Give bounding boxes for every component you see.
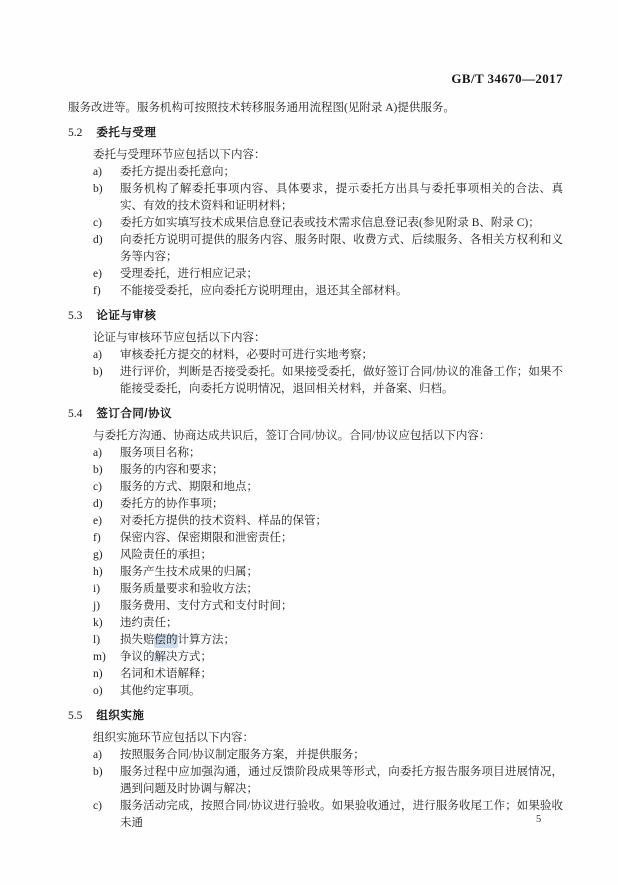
list-item: a)审核委托方提交的材料，必要时可进行实地考察； [93, 347, 563, 364]
list-item-text: 审核委托方提交的材料，必要时可进行实地考察； [120, 347, 563, 364]
list-item-text: 对委托方提供的技术资料、样品的保管； [120, 513, 563, 530]
list-item: c)服务活动完成，按照合同/协议进行验收。如果验收通过，进行服务收尾工作；如果验… [93, 798, 563, 832]
list-item-label: a) [93, 347, 120, 364]
section-5-2: 5.2委托与受理 委托与受理环节应包括以下内容： a)委托方提出委托意向； b)… [68, 125, 563, 300]
list-item-text: 服务的方式、期限和地点； [120, 479, 563, 496]
list-item-text: 委托方如实填写技术成果信息登记表或技术需求信息登记表(参见附录 B、附录 C)； [120, 215, 563, 232]
list-item-text: 其他约定事项。 [120, 683, 563, 700]
list-item-text: 服务的内容和要求； [120, 462, 563, 479]
list-item-label: i) [93, 581, 120, 598]
section-lead: 与委托方沟通、协商达成共识后，签订合同/协议。合同/协议应包括以下内容： [93, 428, 563, 445]
list-item-label: o) [93, 683, 120, 700]
list-item: o)其他约定事项。 [93, 683, 563, 700]
list-item-text: 服务机构了解委托事项内容、具体要求，提示委托方出具与委托事项相关的合法、真实、有… [120, 181, 563, 215]
list-item: f)不能接受委托，应向委托方说明理由，退还其全部材料。 [93, 283, 563, 300]
section-title: 论证与审核 [96, 310, 156, 322]
list-item-text: 向委托方说明可提供的服务内容、服务时限、收费方式、后续服务、各相关方权利和义务等… [120, 232, 563, 266]
list-item: d)委托方的协作事项； [93, 496, 563, 513]
list-item-text: 名词和术语解释； [120, 666, 563, 683]
page-number: 5 [536, 813, 541, 827]
list-item-label: m) [93, 649, 120, 666]
list-item-label: a) [93, 747, 120, 764]
list-item-text: 违约责任； [120, 615, 563, 632]
list-item-label: d) [93, 496, 120, 513]
list-item-label: k) [93, 615, 120, 632]
list-item: b)服务的内容和要求； [93, 462, 563, 479]
list-item: e)对委托方提供的技术资料、样品的保管； [93, 513, 563, 530]
section-number: 5.4 [68, 408, 82, 420]
list-item-text: 服务活动完成，按照合同/协议进行验收。如果验收通过，进行服务收尾工作；如果验收未… [120, 798, 563, 832]
list-item-label: d) [93, 232, 120, 266]
section-number: 5.5 [68, 710, 82, 722]
section-heading: 5.4签订合同/协议 [68, 406, 563, 423]
section-number: 5.2 [68, 127, 82, 139]
section-list: a)委托方提出委托意向； b)服务机构了解委托事项内容、具体要求，提示委托方出具… [93, 164, 563, 300]
section-list: a)按照服务合同/协议制定服务方案，并提供服务； b)服务过程中应加强沟通，通过… [93, 747, 563, 832]
list-item: a)委托方提出委托意向； [93, 164, 563, 181]
list-item: f)保密内容、保密期限和泄密责任； [93, 530, 563, 547]
list-item-label: f) [93, 283, 120, 300]
section-lead: 组织实施环节应包括以下内容： [93, 730, 563, 747]
list-item-text: 服务项目名称； [120, 445, 563, 462]
list-item-text: 服务过程中应加强沟通，通过反馈阶段成果等形式，向委托方报告服务项目进展情况，遇到… [120, 764, 563, 798]
list-item-text: 服务质量要求和验收方法； [120, 581, 563, 598]
list-item: b)服务机构了解委托事项内容、具体要求，提示委托方出具与委托事项相关的合法、真实… [93, 181, 563, 215]
list-item-label: h) [93, 564, 120, 581]
list-item-text: 进行评价，判断是否接受委托。如果接受委托，做好签订合同/协议的准备工作；如果不能… [120, 364, 563, 398]
section-lead: 论证与审核环节应包括以下内容： [93, 330, 563, 347]
list-item-text: 委托方提出委托意向； [120, 164, 563, 181]
list-item-label: j) [93, 598, 120, 615]
list-item-text: 委托方的协作事项； [120, 496, 563, 513]
list-item-text: 损失赔偿的计算方法； [120, 632, 563, 649]
list-item-label: l) [93, 632, 120, 649]
section-5-4: 5.4签订合同/协议 与委托方沟通、协商达成共识后，签订合同/协议。合同/协议应… [68, 406, 563, 700]
section-heading: 5.2委托与受理 [68, 125, 563, 142]
section-title: 签订合同/协议 [96, 408, 172, 420]
list-item-label: c) [93, 798, 120, 832]
section-lead: 委托与受理环节应包括以下内容： [93, 147, 563, 164]
section-5-5: 5.5组织实施 组织实施环节应包括以下内容： a)按照服务合同/协议制定服务方案… [68, 708, 563, 832]
standard-number-header: GB/T 34670—2017 [68, 70, 563, 88]
list-item-label: n) [93, 666, 120, 683]
section-title: 委托与受理 [96, 127, 156, 139]
list-item: a)按照服务合同/协议制定服务方案，并提供服务； [93, 747, 563, 764]
list-item-text: 受理委托，进行相应记录； [120, 266, 563, 283]
list-item: b)进行评价，判断是否接受委托。如果接受委托，做好签订合同/协议的准备工作；如果… [93, 364, 563, 398]
list-item-label: e) [93, 513, 120, 530]
list-item-text: 争议的解决方式； [120, 649, 563, 666]
list-item: j)服务费用、支付方式和支付时间； [93, 598, 563, 615]
section-list: a)服务项目名称； b)服务的内容和要求； c)服务的方式、期限和地点； d)委… [93, 445, 563, 700]
list-item: e)受理委托，进行相应记录； [93, 266, 563, 283]
intro-paragraph: 服务改进等。服务机构可按照技术转移服务通用流程图(见附录 A)提供服务。 [68, 100, 563, 117]
list-item: a)服务项目名称； [93, 445, 563, 462]
section-number: 5.3 [68, 310, 82, 322]
list-item-label: c) [93, 479, 120, 496]
document-page: GB/T 34670—2017 服务改进等。服务机构可按照技术转移服务通用流程图… [0, 0, 618, 885]
list-item: c)委托方如实填写技术成果信息登记表或技术需求信息登记表(参见附录 B、附录 C… [93, 215, 563, 232]
list-item-label: c) [93, 215, 120, 232]
list-item: b)服务过程中应加强沟通，通过反馈阶段成果等形式，向委托方报告服务项目进展情况，… [93, 764, 563, 798]
list-item: c)服务的方式、期限和地点； [93, 479, 563, 496]
list-item-label: e) [93, 266, 120, 283]
list-item: l)损失赔偿的计算方法； [93, 632, 563, 649]
list-item: m)争议的解决方式； [93, 649, 563, 666]
list-item: g)风险责任的承担； [93, 547, 563, 564]
list-item-label: b) [93, 364, 120, 398]
list-item-text: 风险责任的承担； [120, 547, 563, 564]
list-item-text: 不能接受委托，应向委托方说明理由，退还其全部材料。 [120, 283, 563, 300]
section-heading: 5.5组织实施 [68, 708, 563, 725]
section-heading: 5.3论证与审核 [68, 308, 563, 325]
list-item-label: f) [93, 530, 120, 547]
section-5-3: 5.3论证与审核 论证与审核环节应包括以下内容： a)审核委托方提交的材料，必要… [68, 308, 563, 398]
page-content: GB/T 34670—2017 服务改进等。服务机构可按照技术转移服务通用流程图… [0, 0, 618, 832]
section-list: a)审核委托方提交的材料，必要时可进行实地考察； b)进行评价，判断是否接受委托… [93, 347, 563, 398]
section-title: 组织实施 [96, 710, 144, 722]
list-item-label: a) [93, 445, 120, 462]
list-item-label: b) [93, 181, 120, 215]
list-item-label: b) [93, 462, 120, 479]
list-item: k)违约责任； [93, 615, 563, 632]
list-item: h)服务产生技术成果的归属； [93, 564, 563, 581]
list-item-text: 服务费用、支付方式和支付时间； [120, 598, 563, 615]
list-item-label: g) [93, 547, 120, 564]
list-item: d)向委托方说明可提供的服务内容、服务时限、收费方式、后续服务、各相关方权利和义… [93, 232, 563, 266]
list-item: n)名词和术语解释； [93, 666, 563, 683]
list-item-text: 按照服务合同/协议制定服务方案，并提供服务； [120, 747, 563, 764]
list-item-text: 保密内容、保密期限和泄密责任； [120, 530, 563, 547]
list-item-label: b) [93, 764, 120, 798]
list-item-text: 服务产生技术成果的归属； [120, 564, 563, 581]
list-item-label: a) [93, 164, 120, 181]
list-item: i)服务质量要求和验收方法； [93, 581, 563, 598]
